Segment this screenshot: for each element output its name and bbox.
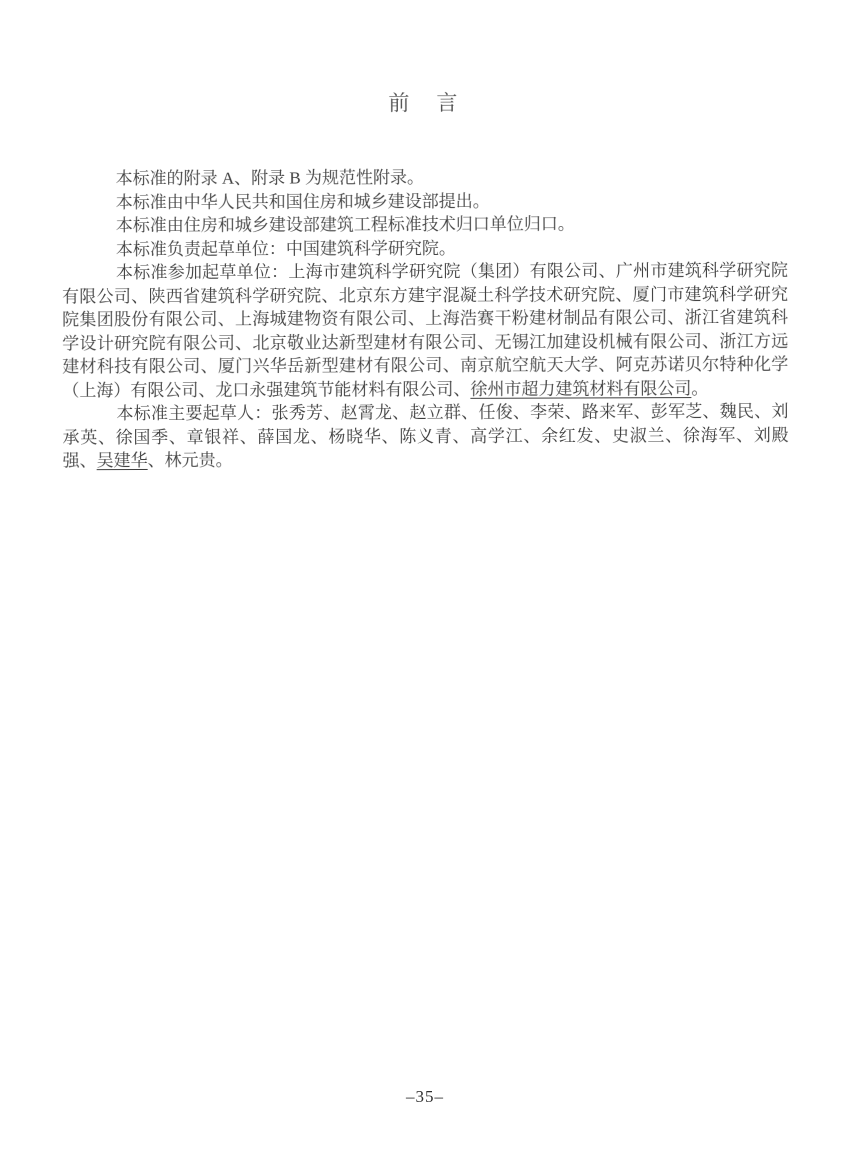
underlined-text: 吴建华 — [97, 451, 148, 470]
foreword-body: 本标准的附录 A、附录 B 为规范性附录。本标准由中华人民共和国住房和城乡建设部… — [62, 165, 789, 473]
paragraph-participating-drafting-units: 本标准参加起草单位：上海市建筑科学研究院（集团）有限公司、广州市建筑科学研究院有… — [62, 259, 788, 403]
text-segment: 本标准由住房和城乡建设部建筑工程标准技术归口单位归口。 — [116, 215, 575, 236]
scanned-document-page: 前 言 本标准的附录 A、附录 B 为规范性附录。本标准由中华人民共和国住房和城… — [0, 0, 850, 1153]
text-segment: 本标准负责起草单位：中国建筑科学研究院。 — [116, 238, 456, 258]
text-segment: 。 — [691, 379, 708, 398]
text-segment: 、林元贵。 — [148, 451, 233, 470]
foreword-title: 前 言 — [0, 91, 849, 117]
text-segment: 本标准的附录 A、附录 B 为规范性附录。 — [116, 168, 424, 188]
paragraph-proposed-by: 本标准由中华人民共和国住房和城乡建设部提出。 — [62, 188, 788, 214]
underlined-text: 徐州市超力建筑材料有限公司 — [470, 379, 691, 399]
paragraph-chief-drafting-unit: 本标准负责起草单位：中国建筑科学研究院。 — [62, 235, 788, 261]
scan-content: 前 言 本标准的附录 A、附录 B 为规范性附录。本标准由中华人民共和国住房和城… — [0, 91, 850, 474]
paragraph-centralized-by: 本标准由住房和城乡建设部建筑工程标准技术归口单位归口。 — [62, 212, 788, 238]
text-segment: 本标准由中华人民共和国住房和城乡建设部提出。 — [116, 191, 490, 211]
paragraph-normative-appendix-note: 本标准的附录 A、附录 B 为规范性附录。 — [62, 165, 788, 191]
page-number: –35– — [0, 1087, 850, 1107]
paragraph-main-drafters: 本标准主要起草人：张秀芳、赵霄龙、赵立群、任俊、李荣、路来军、彭军芝、魏民、刘承… — [62, 400, 788, 473]
